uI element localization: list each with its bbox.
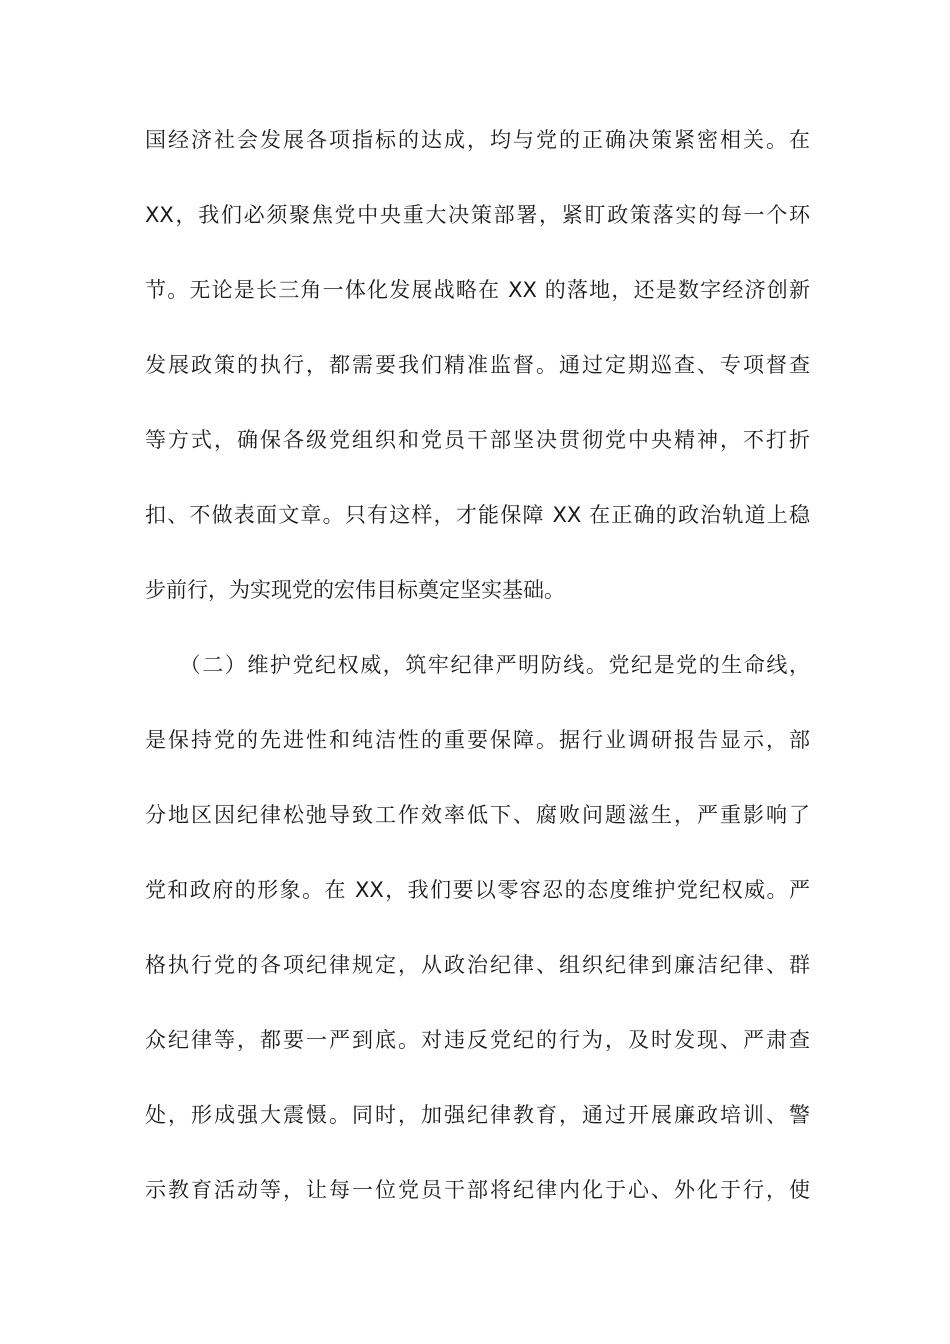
paragraph-line: 扣、不做表面文章。只有这样，才能保障 XX 在正确的政治轨道上稳 [145,500,810,530]
paragraph-line: 处，形成强大震慑。同时，加强纪律教育，通过开展廉政培训、警 [145,1100,810,1130]
document-page: 国经济社会发展各项指标的达成，均与党的正确决策紧密相关。在 XX，我们必须聚焦党… [0,0,950,1344]
paragraph-line: 格执行党的各项纪律规定，从政治纪律、组织纪律到廉洁纪律、群 [145,950,810,980]
paragraph-line: 是保持党的先进性和纯洁性的重要保障。据行业调研报告显示，部 [145,725,810,755]
paragraph-line: 党和政府的形象。在 XX，我们要以零容忍的态度维护党纪权威。严 [145,875,810,905]
paragraph-line: XX，我们必须聚焦党中央重大决策部署，紧盯政策落实的每一个环 [145,200,810,230]
paragraph-line: 众纪律等，都要一严到底。对违反党纪的行为，及时发现、严肃查 [145,1025,810,1055]
section-heading-line: （二）维护党纪权威，筑牢纪律严明防线。党纪是党的生命线， [145,650,810,680]
paragraph-line: 发展政策的执行，都需要我们精准监督。通过定期巡查、专项督查 [145,350,810,380]
paragraph-line: 分地区因纪律松弛导致工作效率低下、腐败问题滋生，严重影响了 [145,800,810,830]
paragraph-line: 节。无论是长三角一体化发展战略在 XX 的落地，还是数字经济创新 [145,275,810,305]
paragraph-line-last: 步前行，为实现党的宏伟目标奠定坚实基础。 [145,575,810,605]
paragraph-line: 示教育活动等，让每一位党员干部将纪律内化于心、外化于行，使 [145,1175,810,1205]
paragraph-line: 等方式，确保各级党组织和党员干部坚决贯彻党中央精神，不打折 [145,425,810,455]
paragraph-line: 国经济社会发展各项指标的达成，均与党的正确决策紧密相关。在 [145,125,810,155]
